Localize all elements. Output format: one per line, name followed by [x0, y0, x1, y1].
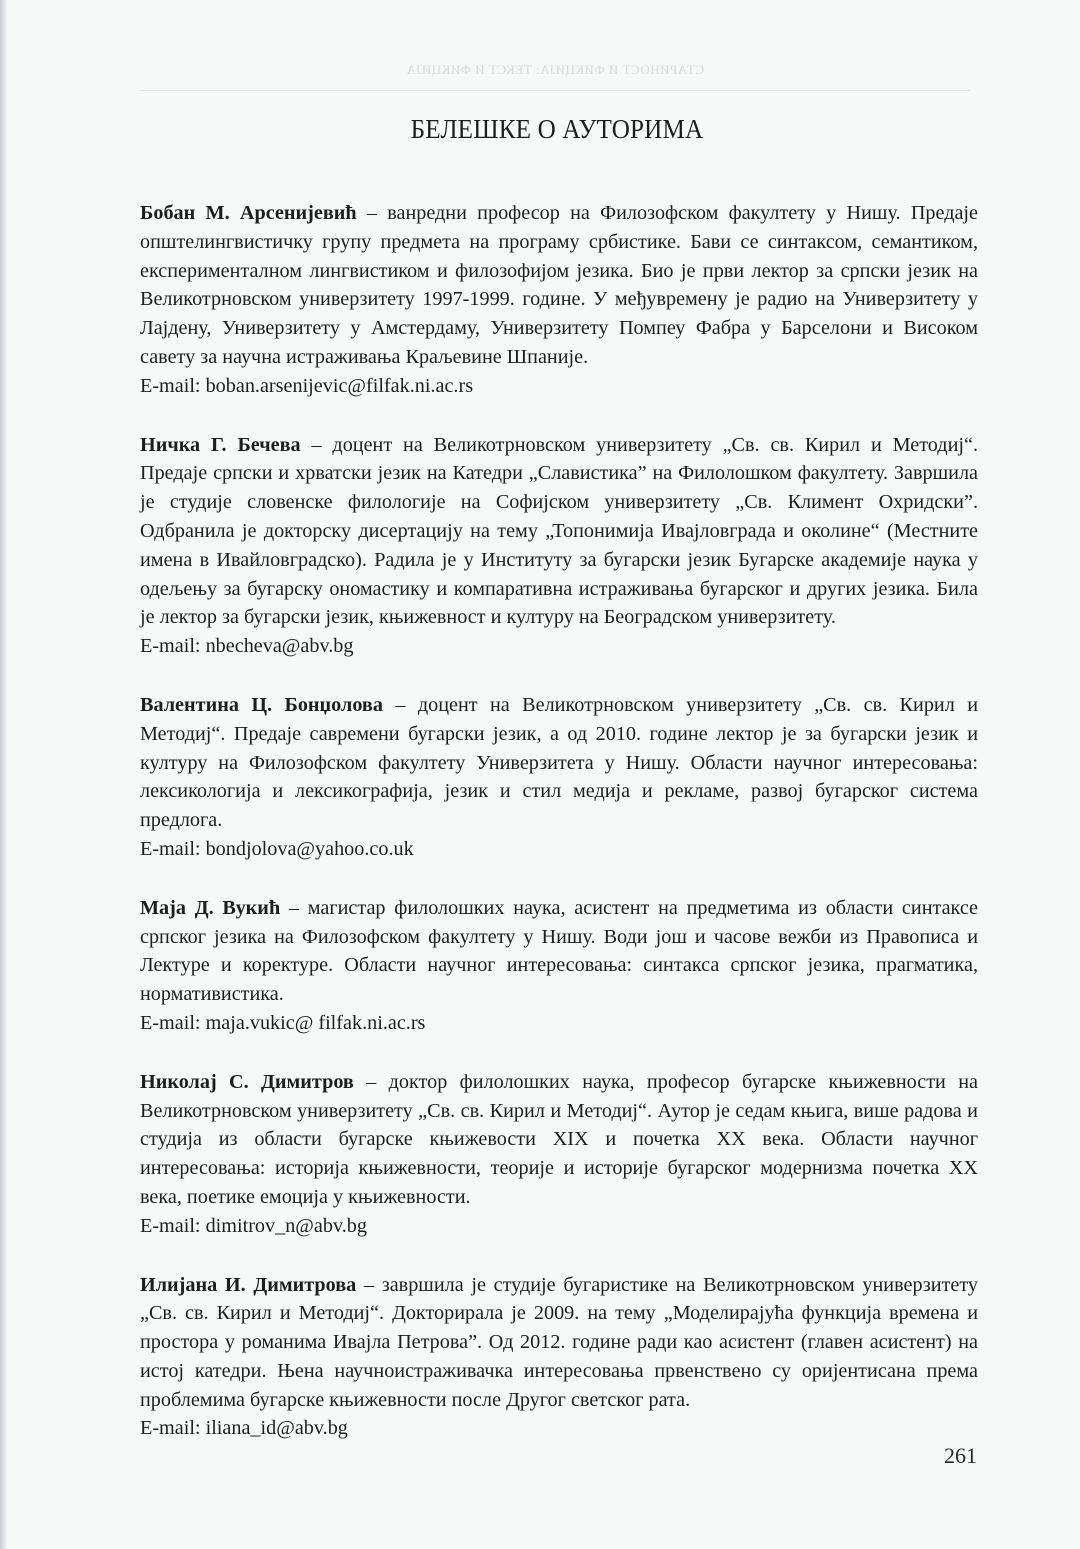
author-email: E-mail: boban.arsenijevic@filfak.ni.ac.r… [140, 372, 978, 401]
dash-separator: – [354, 1071, 389, 1093]
author-entry-i-dimitrova: Илијана И. Димитрова – завршила је студи… [140, 1271, 978, 1444]
dash-separator: – [356, 1274, 382, 1296]
author-entry-vukic: Маја Д. Вукић – магистар филолошких наук… [140, 894, 978, 1038]
author-bio: ванредни професор на Филозофском факулте… [140, 202, 978, 368]
author-name: Бобан М. Арсенијевић [140, 202, 357, 224]
author-email: E-mail: dimitrov_n@abv.bg [140, 1212, 978, 1241]
page-title: БЕЛЕШКЕ О АУТОРИМА [169, 114, 945, 145]
dash-separator: – [280, 897, 308, 919]
author-name: Илијана И. Димитрова [140, 1274, 356, 1296]
author-entry-n-dimitrov: Николај С. Димитров – доктор филолошких … [140, 1068, 978, 1241]
author-name: Ничка Г. Бечева [140, 434, 301, 456]
page-edge-shadow [0, 0, 6, 1549]
dash-separator: – [383, 694, 418, 716]
author-email: E-mail: nbecheva@abv.bg [140, 632, 978, 661]
dash-separator: – [357, 202, 388, 224]
author-notes-list: Бобан М. Арсенијевић – ванредни професор… [140, 199, 978, 1473]
author-entry-arsenijevic: Бобан М. Арсенијевић – ванредни професор… [140, 199, 978, 401]
author-email: E-mail: maja.vukic@ filfak.ni.ac.rs [140, 1009, 978, 1038]
author-name: Валентина Ц. Бонџолова [140, 694, 383, 716]
author-email: E-mail: iliana_id@abv.bg [140, 1414, 978, 1443]
author-email: E-mail: bondjolova@yahoo.co.uk [140, 835, 978, 864]
author-entry-bondjolova: Валентина Ц. Бонџолова – доцент на Велик… [140, 691, 978, 864]
dash-separator: – [301, 434, 333, 456]
author-bio: доцент на Великотрновском универзитету „… [140, 434, 978, 629]
author-entry-becheva: Ничка Г. Бечева – доцент на Великотрновс… [140, 431, 978, 661]
author-name: Маја Д. Вукић [140, 897, 280, 919]
bleed-through-running-header: СТАРИНОСТ И ФИКЦИЈА: ТЕКСТ И ФИКЦИЈА [140, 62, 970, 91]
author-name: Николај С. Димитров [140, 1071, 354, 1093]
page-number: 261 [944, 1443, 977, 1469]
